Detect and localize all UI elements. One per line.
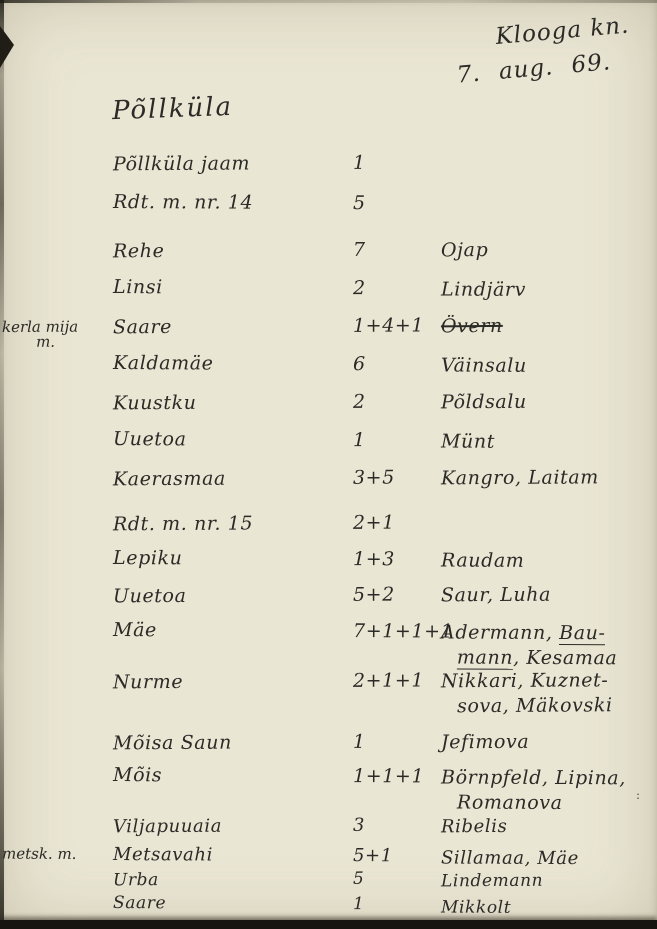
house-name: Kuustku: [106, 391, 353, 415]
surname-text: Münt: [441, 430, 495, 452]
surname-text: Ribelis: [441, 816, 508, 837]
surname-line: [441, 192, 657, 193]
house-name: Rdt. m. nr. 15: [106, 512, 353, 536]
list-section: Põllküla jaam1Rdt. m. nr. 145: [0, 152, 657, 232]
surname-line: Jefimova: [441, 729, 657, 755]
surnames: Kangro, Laitam: [441, 465, 657, 491]
margin-note: [0, 619, 106, 622]
table-row: Põllküla jaam1: [0, 150, 657, 194]
surname-text: mann: [457, 647, 513, 670]
surname-line: Övern: [441, 313, 657, 339]
surnames: Nikkari, Kuznet-sova, Mäkovski: [441, 668, 657, 719]
margin-note: [0, 871, 106, 875]
margin-note-line: m.: [2, 334, 106, 350]
resident-count: 2+1: [353, 511, 441, 534]
resident-count: 2: [353, 277, 441, 299]
list-section: Rdt. m. nr. 152+1Lepiku1+3RaudamUuetoa5+…: [0, 512, 657, 720]
margin-note: [0, 894, 106, 897]
scan-edge-top: [0, 0, 657, 3]
surnames: Jefimova: [441, 729, 657, 755]
house-name: Mõis: [106, 764, 353, 787]
resident-count: 3: [353, 814, 441, 836]
surname-line: Börnpfeld, Lipina,: [441, 765, 657, 791]
house-name: Saare: [106, 315, 353, 339]
surname-line: Ribelis: [441, 813, 657, 839]
margin-note: [0, 191, 106, 194]
resident-count: 7+1+1+1: [353, 620, 441, 642]
surname-line: Münt: [441, 429, 657, 455]
surname-line: Ojap: [441, 237, 657, 263]
resident-count: 2+1+1: [353, 669, 441, 692]
resident-count: 5: [353, 869, 441, 889]
table-row: metsk. m.Metsavahi5+1Sillamaa, Mäe: [0, 844, 657, 872]
surname-text: , Kesamaa: [513, 647, 617, 669]
surname-text: Övern: [441, 315, 503, 337]
table-row: Uuetoa5+2Saur, Luha: [0, 582, 657, 622]
margin-note: [0, 153, 106, 157]
surnames: Ribelis: [441, 813, 657, 839]
house-name: Metsavahi: [106, 844, 353, 866]
surname-text: Ojap: [441, 239, 488, 261]
surname-line: [441, 510, 657, 511]
surname-text: Mikkolt: [441, 897, 511, 917]
resident-count: 1+3: [353, 548, 441, 570]
table-row: Rdt. m. nr. 145: [0, 191, 657, 234]
margin-note: [0, 352, 106, 355]
resident-count: 5+1: [353, 845, 441, 866]
table-row: Lepiku1+3Raudam: [0, 547, 657, 586]
resident-count: 1: [353, 429, 441, 451]
house-name: Rdt. m. nr. 14: [106, 191, 353, 214]
resident-count: 5: [353, 192, 441, 214]
table-row: Rdt. m. nr. 152+1: [0, 510, 657, 550]
house-name: Põllküla jaam: [106, 152, 353, 176]
house-name: Saare: [106, 894, 353, 913]
surname-text: Põldsalu: [441, 391, 527, 414]
table-row: Mõisa Saun1Jefimova: [0, 729, 657, 767]
house-name: Uuetoa: [106, 428, 353, 451]
surname-line: Väinsalu: [441, 353, 657, 379]
surname-text: Raudam: [441, 549, 525, 571]
surname-text: sova, Mäkovski: [457, 694, 613, 717]
margin-note: [0, 816, 106, 820]
scan-corner-artifact: [0, 26, 14, 68]
surname-line: Lindemann: [441, 868, 657, 894]
house-name: Rehe: [106, 239, 353, 263]
margin-note: [0, 276, 106, 279]
page-title: Põllküla: [112, 92, 234, 126]
margin-note: [0, 547, 106, 550]
margin-note: [0, 428, 106, 431]
table-row: Kaldamäe6Väinsalu: [0, 352, 657, 393]
surnames: Lindjärv: [441, 277, 657, 303]
table-row: Kaerasmaa3+5Kangro, Laitam: [0, 465, 657, 507]
margin-note: [0, 240, 106, 244]
surname-text: Börnpfeld, Lipina,: [441, 766, 626, 789]
resident-count: 1: [353, 895, 441, 913]
table-row: Uuetoa1Münt: [0, 428, 657, 469]
resident-count: 2: [353, 390, 441, 413]
surname-text: Sillamaa, Mäe: [441, 847, 579, 869]
table-row: Saare1Mikkolt: [0, 894, 657, 922]
table-row: Rehe7Ojap: [0, 237, 657, 279]
margin-note: kerla mijam.: [0, 316, 106, 350]
surnames: Põldsalu: [441, 389, 657, 415]
resident-count: 1: [353, 151, 441, 174]
surname-text: Jefimova: [441, 731, 529, 754]
margin-note: [0, 513, 106, 517]
table-row: Nurme2+1+1Nikkari, Kuznet-sova, Mäkovski: [0, 668, 657, 722]
resident-count: 1+4+1: [353, 314, 441, 337]
surname-line: Saur, Luha: [441, 582, 657, 608]
margin-note-line: metsk. m.: [2, 847, 106, 862]
house-name: Linsi: [106, 276, 353, 299]
surnames: Raudam: [441, 548, 657, 574]
surname-text: Väinsalu: [441, 354, 527, 376]
table-row: Mäe7+1+1+1Adermann, Bau-mann, Kesamaa: [0, 619, 657, 672]
resident-count: 7: [353, 238, 441, 261]
house-name: Nurme: [106, 670, 353, 694]
surnames: Münt: [441, 429, 657, 455]
surnames: [441, 510, 657, 511]
surname-line: Lindjärv: [441, 277, 657, 303]
table-row: Linsi2Lindjärv: [0, 276, 657, 317]
margin-note: [0, 671, 106, 675]
house-name: Kaerasmaa: [106, 467, 353, 491]
surnames: Övern: [441, 313, 657, 339]
surname-line: Mikkolt: [441, 895, 657, 921]
margin-note: [0, 732, 106, 736]
surname-text: Adermann,: [441, 621, 559, 644]
resident-count: 1: [353, 730, 441, 753]
surname-line: Nikkari, Kuznet-: [441, 668, 657, 694]
list-section: Rehe7OjapLinsi2Lindjärvkerla mijam.Saare…: [0, 239, 657, 505]
surname-text: Nikkari, Kuznet-: [441, 669, 609, 692]
margin-note: metsk. m.: [0, 844, 106, 862]
surname-line: Adermann, Bau-: [441, 620, 657, 646]
surnames: Börnpfeld, Lipina,Romanova: [441, 765, 657, 816]
table-row: Urba5Lindemann: [0, 868, 657, 897]
surname-line: Põldsalu: [441, 389, 657, 415]
surnames: Lindemann: [441, 868, 657, 894]
surname-text: Romanova: [457, 792, 563, 814]
table-row: kerla mijam.Saare1+4+1Övern: [0, 313, 657, 355]
surname-line: Raudam: [441, 548, 657, 574]
date-text: 7. aug. 69.: [456, 47, 634, 88]
surname-line: [441, 150, 657, 151]
surnames: Mikkolt: [441, 895, 657, 921]
house-list: Põllküla jaam1Rdt. m. nr. 145Rehe7OjapLi…: [0, 152, 657, 927]
surnames: Väinsalu: [441, 353, 657, 379]
surnames: Adermann, Bau-mann, Kesamaa: [441, 620, 657, 671]
table-row: Viljapuuaia3Ribelis: [0, 813, 657, 847]
surname-text: Saur, Luha: [441, 584, 551, 607]
surname-line: sova, Mäkovski: [441, 693, 657, 719]
margin-note: [0, 585, 106, 589]
header-block: Klooga kn. 7. aug. 69.: [453, 12, 634, 88]
location-text: Klooga kn.: [494, 12, 630, 50]
table-row: Kuustku2Põldsalu: [0, 389, 657, 431]
surnames: [441, 150, 657, 151]
resident-count: 6: [353, 353, 441, 375]
surnames: [441, 192, 657, 193]
house-name: Urba: [106, 870, 353, 891]
house-name: Viljapuuaia: [106, 815, 353, 838]
surname-text: Kangro, Laitam: [441, 466, 599, 489]
house-name: Mäe: [106, 619, 353, 642]
house-name: Kaldamäe: [106, 352, 353, 375]
table-row: Mõis1+1+1Börnpfeld, Lipina,Romanova: [0, 764, 657, 817]
margin-note: [0, 468, 106, 472]
surname-text: Bau-: [559, 622, 605, 645]
surnames: Saur, Luha: [441, 582, 657, 608]
house-name: Uuetoa: [106, 584, 353, 608]
surname-line: Kangro, Laitam: [441, 465, 657, 491]
surname-text: Lindjärv: [441, 278, 526, 300]
surnames: Ojap: [441, 237, 657, 263]
house-name: Mõisa Saun: [106, 731, 353, 755]
resident-count: 3+5: [353, 466, 441, 489]
scanned-page: : Klooga kn. 7. aug. 69. Põllküla Põllkü…: [0, 0, 657, 929]
resident-count: 5+2: [353, 583, 441, 606]
list-section: Mõisa Saun1JefimovaMõis1+1+1Börnpfeld, L…: [0, 731, 657, 920]
resident-count: 1+1+1: [353, 765, 441, 787]
house-name: Lepiku: [106, 547, 353, 570]
surname-text: Lindemann: [441, 871, 543, 892]
margin-note: [0, 764, 106, 767]
margin-note: [0, 392, 106, 396]
